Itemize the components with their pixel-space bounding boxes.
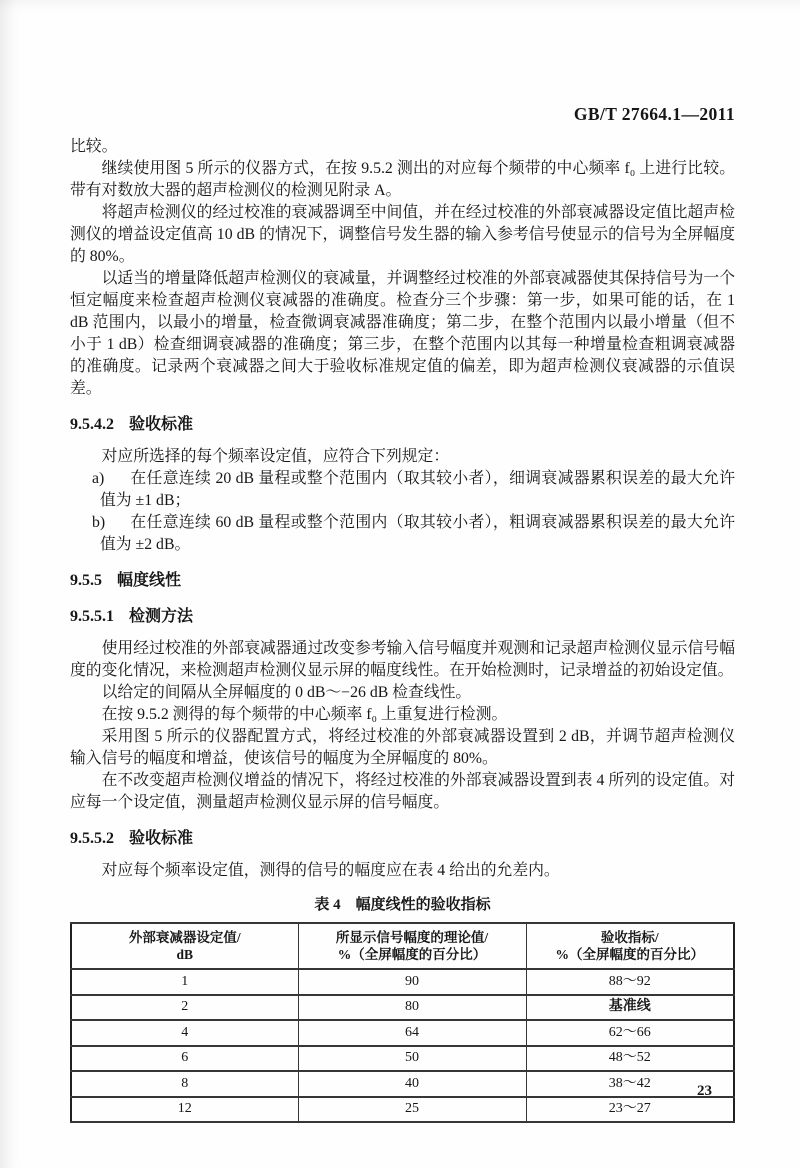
table-row: 2 80 基准线 (71, 995, 734, 1021)
table-caption: 表 4 幅度线性的验收指标 (70, 895, 735, 915)
table-header-cell: 验收指标/ %（全屏幅度的百分比） (526, 923, 734, 969)
amplitude-linearity-table: 外部衰减器设定值/ dB 所显示信号幅度的理论值/ %（全屏幅度的百分比） 验收… (70, 922, 735, 1123)
table-cell: 88～92 (526, 969, 734, 995)
list-item-text: 在任意连续 20 dB 量程或整个范围内（取其较小者），细调衰减器累积误差的最大… (100, 470, 735, 509)
table-cell: 1 (71, 969, 298, 995)
section-title: 验收标准 (129, 830, 193, 847)
section-title: 检测方法 (129, 608, 193, 625)
table-row: 1 90 88～92 (71, 969, 734, 995)
table-cell: 4 (71, 1020, 298, 1046)
table-cell: 48～52 (526, 1046, 734, 1072)
table-cell: 64 (298, 1020, 526, 1046)
paragraph: 继续使用图 5 所示的仪器方式，在按 9.5.2 测出的对应每个频带的中心频率 … (70, 158, 735, 202)
standard-code-header: GB/T 27664.1—2011 (70, 103, 735, 125)
table-cell: 50 (298, 1046, 526, 1072)
list-item-a: a)在任意连续 20 dB 量程或整个范围内（取其较小者），细调衰减器累积误差的… (70, 468, 735, 512)
table-cell: 40 (298, 1071, 526, 1097)
list-item-label: b) (92, 512, 130, 534)
paragraph: 在按 9.5.2 测得的每个频带的中心频率 f₀ 上重复进行检测。 (70, 704, 735, 726)
section-heading-9-5-5-1: 9.5.5.1检测方法 (70, 606, 735, 628)
table-cell: 90 (298, 969, 526, 995)
paragraph: 在不改变超声检测仪增益的情况下，将经过校准的外部衰减器设置到表 4 所列的设定值… (70, 770, 735, 814)
paragraph: 以适当的增量降低超声检测仪的衰减量，并调整经过校准的外部衰减器使其保持信号为一个… (70, 268, 735, 400)
paragraph: 采用图 5 所示的仪器配置方式，将经过校准的外部衰减器设置到 2 dB，并调节超… (70, 726, 735, 770)
table-row: 4 64 62～66 (71, 1020, 734, 1046)
paragraph: 对应所选择的每个频率设定值，应符合下列规定： (70, 446, 735, 468)
table-header-row: 外部衰减器设定值/ dB 所显示信号幅度的理论值/ %（全屏幅度的百分比） 验收… (71, 923, 734, 969)
table-cell: 62～66 (526, 1020, 734, 1046)
table-cell: 80 (298, 995, 526, 1021)
table-cell: 23～27 (526, 1097, 734, 1123)
table-row: 12 25 23～27 (71, 1097, 734, 1123)
list-item-text: 在任意连续 60 dB 量程或整个范围内（取其较小者），粗调衰减器累积误差的最大… (100, 514, 735, 553)
table-header-cell: 所显示信号幅度的理论值/ %（全屏幅度的百分比） (298, 923, 526, 969)
section-title: 验收标准 (129, 416, 193, 433)
section-heading-9-5-5: 9.5.5幅度线性 (70, 570, 735, 592)
section-heading-9-5-4-2: 9.5.4.2验收标准 (70, 414, 735, 436)
page-content: GB/T 27664.1—2011 比较。 继续使用图 5 所示的仪器方式，在按… (70, 103, 735, 1123)
table-header-cell: 外部衰减器设定值/ dB (71, 923, 298, 969)
section-number: 9.5.5 (70, 572, 102, 589)
table-row: 8 40 38～42 (71, 1071, 734, 1097)
table-cell: 6 (71, 1046, 298, 1072)
paragraph: 使用经过校准的外部衰减器通过改变参考输入信号幅度并观测和记录超声检测仪显示信号幅… (70, 638, 735, 682)
section-title: 幅度线性 (117, 572, 181, 589)
section-number: 9.5.5.1 (70, 608, 114, 625)
table-cell: 12 (71, 1097, 298, 1123)
table-cell: 8 (71, 1071, 298, 1097)
list-item-b: b)在任意连续 60 dB 量程或整个范围内（取其较小者），粗调衰减器累积误差的… (70, 512, 735, 556)
table-cell-baseline: 基准线 (526, 995, 734, 1021)
paragraph: 将超声检测仪的经过校准的衰减器调至中间值，并在经过校准的外部衰减器设定值比超声检… (70, 202, 735, 268)
table-cell: 2 (71, 995, 298, 1021)
table-cell: 25 (298, 1097, 526, 1123)
section-number: 9.5.4.2 (70, 416, 114, 433)
paragraph: 以给定的间隔从全屏幅度的 0 dB～−26 dB 检查线性。 (70, 682, 735, 704)
page-number: 23 (697, 1082, 712, 1100)
section-heading-9-5-5-2: 9.5.5.2验收标准 (70, 828, 735, 850)
paragraph: 比较。 (70, 136, 735, 158)
paragraph: 对应每个频率设定值，测得的信号的幅度应在表 4 给出的允差内。 (70, 860, 735, 882)
section-number: 9.5.5.2 (70, 830, 114, 847)
table-row: 6 50 48～52 (71, 1046, 734, 1072)
list-item-label: a) (92, 468, 130, 490)
document-page: GB/T 27664.1—2011 比较。 继续使用图 5 所示的仪器方式，在按… (0, 0, 800, 1168)
